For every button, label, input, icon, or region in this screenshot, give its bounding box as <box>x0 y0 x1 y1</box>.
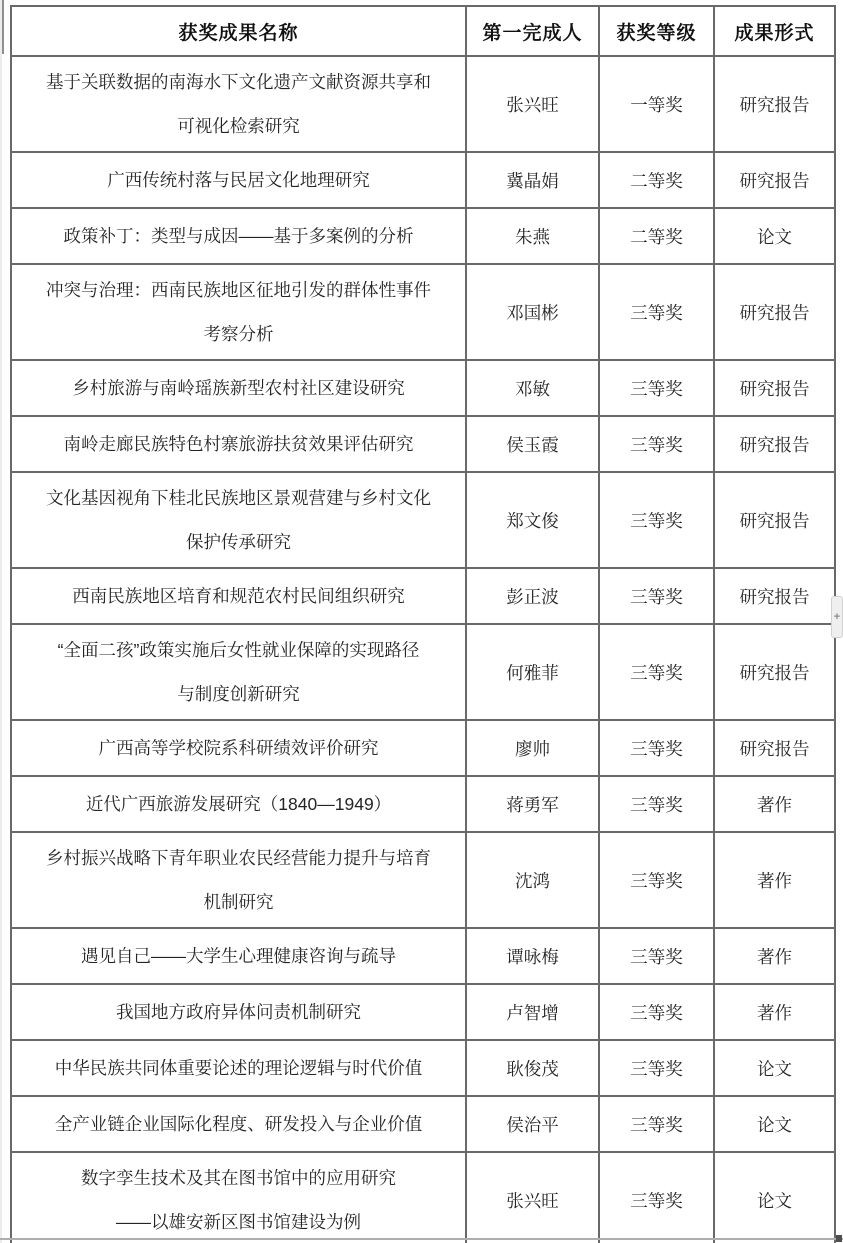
first-completer-cell: 廖帅 <box>466 720 599 776</box>
header-row: 获奖成果名称 第一完成人 获奖等级 成果形式 <box>11 6 835 56</box>
first-completer-cell: 冀晶娟 <box>466 152 599 208</box>
table-row: 中华民族共同体重要论述的理论逻辑与时代价值耿俊茂三等奖论文 <box>11 1040 835 1096</box>
award-level-cell: 三等奖 <box>599 416 714 472</box>
award-level-cell: 三等奖 <box>599 360 714 416</box>
result-form-cell: 论文 <box>714 1152 835 1243</box>
table-row: “全面二孩”政策实施后女性就业保障的实现路径 与制度创新研究何雅菲三等奖研究报告 <box>11 624 835 720</box>
result-form-cell: 研究报告 <box>714 152 835 208</box>
first-completer-cell: 朱燕 <box>466 208 599 264</box>
first-completer-cell: 沈鸿 <box>466 832 599 928</box>
achievement-name-cell: 广西高等学校院系科研绩效评价研究 <box>11 720 466 776</box>
result-form-cell: 研究报告 <box>714 56 835 152</box>
result-form-cell: 研究报告 <box>714 416 835 472</box>
award-level-cell: 二等奖 <box>599 208 714 264</box>
header-award-level: 获奖等级 <box>599 6 714 56</box>
header-result-form: 成果形式 <box>714 6 835 56</box>
table-row: 文化基因视角下桂北民族地区景观营建与乡村文化 保护传承研究郑文俊三等奖研究报告 <box>11 472 835 568</box>
first-completer-cell: 侯治平 <box>466 1096 599 1152</box>
achievement-name-cell: “全面二孩”政策实施后女性就业保障的实现路径 与制度创新研究 <box>11 624 466 720</box>
result-form-cell: 研究报告 <box>714 360 835 416</box>
award-level-cell: 三等奖 <box>599 832 714 928</box>
first-completer-cell: 邓国彬 <box>466 264 599 360</box>
award-level-cell: 三等奖 <box>599 928 714 984</box>
result-form-cell: 研究报告 <box>714 568 835 624</box>
award-level-cell: 一等奖 <box>599 56 714 152</box>
achievement-name-cell: 乡村旅游与南岭瑶族新型农村社区建设研究 <box>11 360 466 416</box>
table-row: 广西传统村落与民居文化地理研究冀晶娟二等奖研究报告 <box>11 152 835 208</box>
table-row: 我国地方政府异体问责机制研究卢智增三等奖著作 <box>11 984 835 1040</box>
achievement-name-cell: 南岭走廊民族特色村寨旅游扶贫效果评估研究 <box>11 416 466 472</box>
achievement-name-cell: 近代广西旅游发展研究（1840—1949） <box>11 776 466 832</box>
achievement-name-cell: 我国地方政府异体问责机制研究 <box>11 984 466 1040</box>
result-form-cell: 论文 <box>714 1096 835 1152</box>
achievement-name-cell: 政策补丁：类型与成因——基于多案例的分析 <box>11 208 466 264</box>
scrollbar-thumb[interactable]: + <box>831 596 843 638</box>
first-completer-cell: 郑文俊 <box>466 472 599 568</box>
first-completer-cell: 卢智增 <box>466 984 599 1040</box>
table-header: 获奖成果名称 第一完成人 获奖等级 成果形式 <box>11 6 835 56</box>
result-form-cell: 著作 <box>714 984 835 1040</box>
achievement-name-cell: 遇见自己——大学生心理健康咨询与疏导 <box>11 928 466 984</box>
result-form-cell: 论文 <box>714 1040 835 1096</box>
table-row: 冲突与治理：西南民族地区征地引发的群体性事件 考察分析邓国彬三等奖研究报告 <box>11 264 835 360</box>
result-form-cell: 著作 <box>714 832 835 928</box>
achievement-name-cell: 中华民族共同体重要论述的理论逻辑与时代价值 <box>11 1040 466 1096</box>
table-row: 全产业链企业国际化程度、研发投入与企业价值侯治平三等奖论文 <box>11 1096 835 1152</box>
result-form-cell: 论文 <box>714 208 835 264</box>
table-row: 南岭走廊民族特色村寨旅游扶贫效果评估研究侯玉霞三等奖研究报告 <box>11 416 835 472</box>
table-row: 遇见自己——大学生心理健康咨询与疏导谭咏梅三等奖著作 <box>11 928 835 984</box>
bottom-scrollbar-track[interactable] <box>0 1238 843 1240</box>
first-completer-cell: 谭咏梅 <box>466 928 599 984</box>
table-row: 乡村振兴战略下青年职业农民经营能力提升与培育 机制研究沈鸿三等奖著作 <box>11 832 835 928</box>
first-completer-cell: 耿俊茂 <box>466 1040 599 1096</box>
achievement-name-cell: 数字孪生技术及其在图书馆中的应用研究 ——以雄安新区图书馆建设为例 <box>11 1152 466 1243</box>
award-level-cell: 三等奖 <box>599 568 714 624</box>
result-form-cell: 研究报告 <box>714 624 835 720</box>
award-level-cell: 三等奖 <box>599 720 714 776</box>
award-level-cell: 三等奖 <box>599 472 714 568</box>
achievement-name-cell: 广西传统村落与民居文化地理研究 <box>11 152 466 208</box>
first-completer-cell: 邓敏 <box>466 360 599 416</box>
award-level-cell: 二等奖 <box>599 152 714 208</box>
award-level-cell: 三等奖 <box>599 1152 714 1243</box>
achievement-name-cell: 冲突与治理：西南民族地区征地引发的群体性事件 考察分析 <box>11 264 466 360</box>
result-form-cell: 研究报告 <box>714 264 835 360</box>
table-row: 西南民族地区培育和规范农村民间组织研究彭正波三等奖研究报告 <box>11 568 835 624</box>
table-body: 基于关联数据的南海水下文化遗产文献资源共享和 可视化检索研究张兴旺一等奖研究报告… <box>11 56 835 1243</box>
header-achievement-name: 获奖成果名称 <box>11 6 466 56</box>
first-completer-cell: 张兴旺 <box>466 1152 599 1243</box>
first-completer-cell: 蒋勇军 <box>466 776 599 832</box>
first-completer-cell: 侯玉霞 <box>466 416 599 472</box>
award-level-cell: 三等奖 <box>599 984 714 1040</box>
result-form-cell: 著作 <box>714 776 835 832</box>
result-form-cell: 研究报告 <box>714 720 835 776</box>
award-level-cell: 三等奖 <box>599 1040 714 1096</box>
table-row: 近代广西旅游发展研究（1840—1949）蒋勇军三等奖著作 <box>11 776 835 832</box>
table-row: 乡村旅游与南岭瑶族新型农村社区建设研究邓敏三等奖研究报告 <box>11 360 835 416</box>
page-left-edge-mark <box>2 0 4 54</box>
award-level-cell: 三等奖 <box>599 624 714 720</box>
first-completer-cell: 彭正波 <box>466 568 599 624</box>
award-level-cell: 三等奖 <box>599 264 714 360</box>
achievement-name-cell: 乡村振兴战略下青年职业农民经营能力提升与培育 机制研究 <box>11 832 466 928</box>
table-row: 数字孪生技术及其在图书馆中的应用研究 ——以雄安新区图书馆建设为例张兴旺三等奖论… <box>11 1152 835 1243</box>
result-form-cell: 研究报告 <box>714 472 835 568</box>
scroll-corner-mark <box>836 1235 842 1242</box>
header-first-completer: 第一完成人 <box>466 6 599 56</box>
table-row: 基于关联数据的南海水下文化遗产文献资源共享和 可视化检索研究张兴旺一等奖研究报告 <box>11 56 835 152</box>
achievement-name-cell: 西南民族地区培育和规范农村民间组织研究 <box>11 568 466 624</box>
first-completer-cell: 何雅菲 <box>466 624 599 720</box>
award-level-cell: 三等奖 <box>599 776 714 832</box>
table-row: 政策补丁：类型与成因——基于多案例的分析朱燕二等奖论文 <box>11 208 835 264</box>
award-level-cell: 三等奖 <box>599 1096 714 1152</box>
achievement-name-cell: 全产业链企业国际化程度、研发投入与企业价值 <box>11 1096 466 1152</box>
achievement-name-cell: 基于关联数据的南海水下文化遗产文献资源共享和 可视化检索研究 <box>11 56 466 152</box>
first-completer-cell: 张兴旺 <box>466 56 599 152</box>
table-row: 广西高等学校院系科研绩效评价研究廖帅三等奖研究报告 <box>11 720 835 776</box>
achievement-name-cell: 文化基因视角下桂北民族地区景观营建与乡村文化 保护传承研究 <box>11 472 466 568</box>
plus-icon: + <box>834 612 840 623</box>
page-left-edge-shadow <box>0 0 2 1243</box>
awards-table: 获奖成果名称 第一完成人 获奖等级 成果形式 基于关联数据的南海水下文化遗产文献… <box>10 5 836 1243</box>
result-form-cell: 著作 <box>714 928 835 984</box>
